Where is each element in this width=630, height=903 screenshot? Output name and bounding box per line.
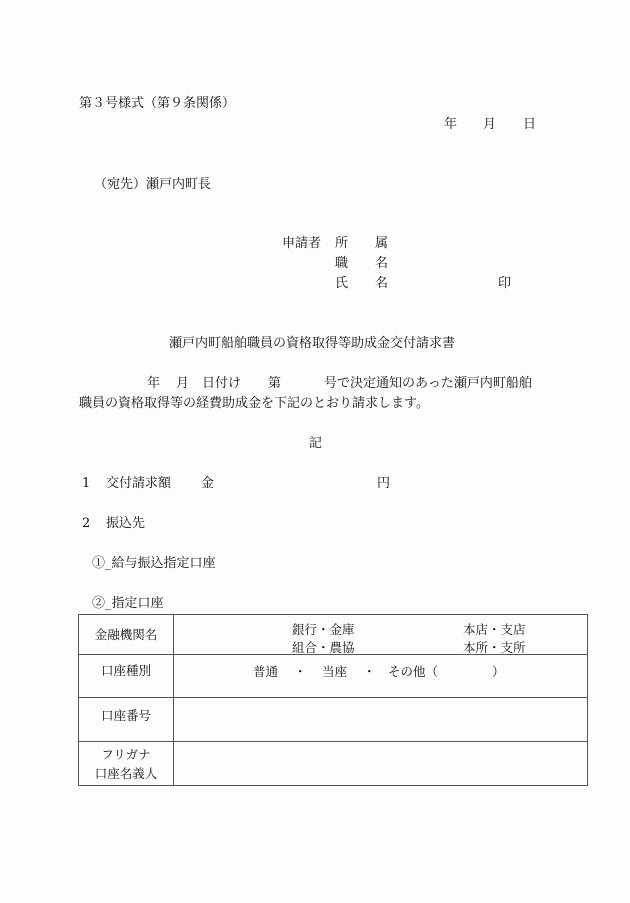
body-number-prefix: 第 [268,377,281,390]
body-line1-rest: 号で決定通知のあった瀬戸内町船舶 [324,377,532,390]
bank-name-label: 金融機関名 [79,615,174,655]
applicant-position-a: 職 [335,257,348,270]
account-holder-label: フリガナ 口座名義人 [79,742,174,786]
item1-unit: 円 [377,477,390,490]
body-year: 年 [147,377,160,390]
account-type-other[interactable]: その他（ [388,662,438,680]
account-number-field[interactable] [174,698,588,742]
body-line2: 職員の資格取得等の経費助成金を下記のとおり請求します。 [79,397,429,410]
date-year: 年 [444,118,457,131]
option-salary-account: ①_給与振込指定口座 [92,557,216,570]
account-type-cell[interactable]: 普通 ・ 当座 ・ その他（ ） [174,655,588,698]
furigana-label: フリガナ [79,745,173,764]
bank-type-line2: 組合・農協 [292,638,355,656]
item2-label: 振込先 [106,517,145,530]
account-holder-field[interactable] [174,742,588,786]
branch-type-line2: 本所・支所 [463,638,526,656]
item1-prefix: 金 [201,477,214,490]
separator-dot: ・ [363,662,376,680]
document-title: 瀬戸内町船舶職員の資格取得等助成金交付請求書 [169,337,455,350]
item1-number: 1 [82,477,90,490]
addressee: （宛先）瀬戸内町長 [94,178,211,191]
applicant-affiliation-a: 所 [335,237,348,250]
table-row-account-holder: フリガナ 口座名義人 [79,742,588,786]
account-type-current[interactable]: 当座 [322,662,347,680]
applicant-position-b: 名 [375,257,388,270]
date-month: 月 [483,118,496,131]
table-row-bank: 金融機関名 銀行・金庫 組合・農協 本店・支店 本所・支所 [79,615,588,655]
option-designated-account: ②_指定口座 [92,597,164,610]
account-table: 金融機関名 銀行・金庫 組合・農協 本店・支店 本所・支所 口座種別 普通 ・ … [78,614,588,786]
seal-mark: 印 [498,277,511,290]
account-number-label: 口座番号 [79,698,174,742]
date-day: 日 [523,118,536,131]
account-holder-label-text: 口座名義人 [79,764,173,783]
account-type-label: 口座種別 [79,655,174,698]
table-row-account-type: 口座種別 普通 ・ 当座 ・ その他（ ） [79,655,588,698]
account-type-other-close: ） [492,662,505,680]
applicant-name-a: 氏 [335,277,348,290]
bank-name-cell[interactable]: 銀行・金庫 組合・農協 本店・支店 本所・支所 [174,615,588,655]
account-type-ordinary[interactable]: 普通 [253,662,278,680]
ki-heading: 記 [309,437,322,450]
table-row-account-number: 口座番号 [79,698,588,742]
item1-label: 交付請求額 [106,477,171,490]
applicant-affiliation-b: 属 [375,237,388,250]
separator-dot: ・ [294,662,307,680]
item2-number: 2 [82,517,90,530]
form-number: 第３号様式（第９条関係） [79,97,235,110]
account-type-label-text: 口座種別 [101,663,151,678]
branch-type-line1: 本店・支店 [463,620,526,638]
bank-type-line1: 銀行・金庫 [292,620,355,638]
applicant-label: 申請者 [282,237,321,250]
account-number-label-text: 口座番号 [101,708,151,723]
body-day-dated: 日付け [202,377,241,390]
applicant-name-b: 名 [375,277,388,290]
body-month: 月 [176,377,189,390]
